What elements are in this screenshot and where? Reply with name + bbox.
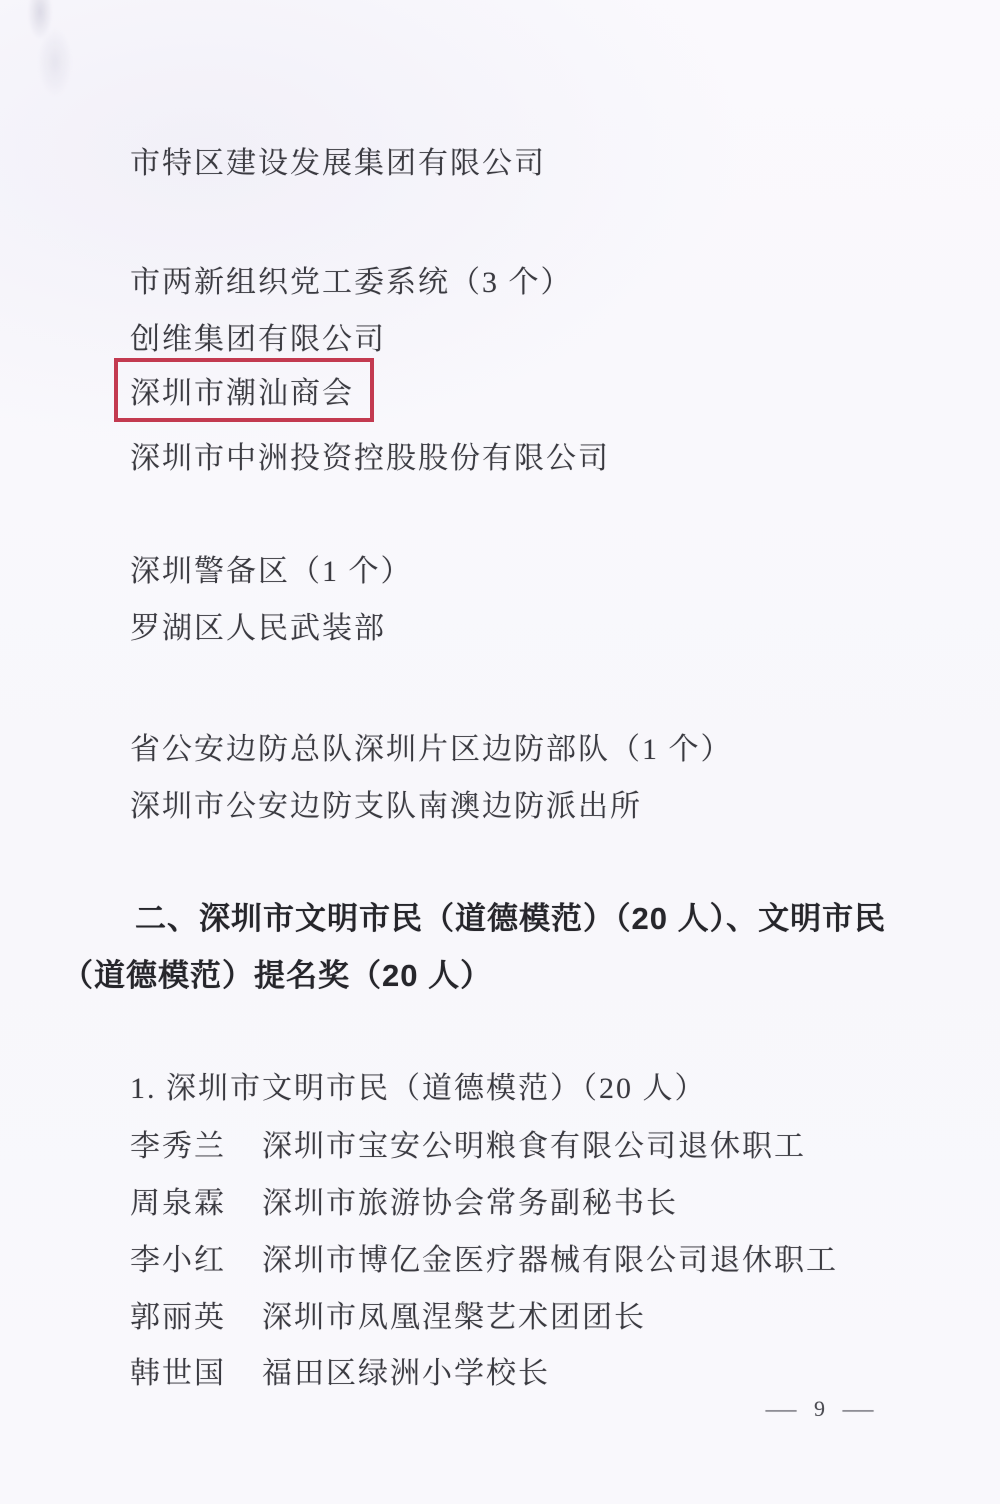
person-row: 李小红 深圳市博亿金医疗器械有限公司退休职工 — [130, 1235, 838, 1279]
person-title: 深圳市博亿金医疗器械有限公司退休职工 — [262, 1235, 838, 1279]
section-heading-line1: 二、深圳市文明市民（道德模范）（20 人）、文明市民 — [135, 893, 886, 938]
person-title: 福田区绿洲小学校长 — [262, 1348, 550, 1392]
document-page: 市特区建设发展集团有限公司 市两新组织党工委系统（3 个） 创维集团有限公司 深… — [0, 0, 1000, 1504]
org-list-header: 省公安边防总队深圳片区边防部队（1 个） — [130, 724, 733, 768]
person-row: 周泉霖 深圳市旅游协会常务副秘书长 — [130, 1178, 678, 1222]
scan-artifact — [10, 0, 90, 112]
person-title: 深圳市宝安公明粮食有限公司退休职工 — [262, 1121, 806, 1165]
subsection-heading: 1. 深圳市文明市民（道德模范）（20 人） — [130, 1063, 707, 1107]
person-name: 郭丽英 — [130, 1292, 262, 1336]
org-list-header: 深圳警备区（1 个） — [130, 546, 413, 590]
person-name: 李秀兰 — [130, 1121, 262, 1165]
org-item-continued: 市特区建设发展集团有限公司 — [130, 138, 546, 182]
person-row: 郭丽英 深圳市凤凰涅槃艺术团团长 — [130, 1292, 646, 1336]
org-item: 罗湖区人民武装部 — [130, 603, 386, 647]
org-item: 创维集团有限公司 — [130, 314, 386, 358]
org-item-highlighted: 深圳市潮汕商会 — [130, 368, 354, 412]
section-heading-line2: （道德模范）提名奖（20 人） — [62, 950, 492, 995]
person-row: 李秀兰 深圳市宝安公明粮食有限公司退休职工 — [130, 1121, 806, 1165]
org-item: 深圳市中洲投资控股股份有限公司 — [130, 433, 610, 477]
org-item: 深圳市公安边防支队南澳边防派出所 — [130, 781, 642, 825]
person-title: 深圳市凤凰涅槃艺术团团长 — [262, 1292, 646, 1336]
org-list-header: 市两新组织党工委系统（3 个） — [130, 257, 573, 301]
page-footer: — 9 — — [770, 1396, 869, 1422]
person-row: 韩世国 福田区绿洲小学校长 — [130, 1348, 550, 1392]
person-name: 周泉霖 — [130, 1178, 262, 1222]
person-name: 李小红 — [130, 1235, 262, 1279]
highlight-box: 深圳市潮汕商会 — [114, 358, 374, 422]
footer-dash-right: — — [843, 1396, 874, 1422]
person-name: 韩世国 — [130, 1348, 262, 1392]
footer-dash-left: — — [766, 1396, 797, 1422]
page-number: 9 — [814, 1396, 825, 1422]
person-title: 深圳市旅游协会常务副秘书长 — [262, 1178, 678, 1222]
